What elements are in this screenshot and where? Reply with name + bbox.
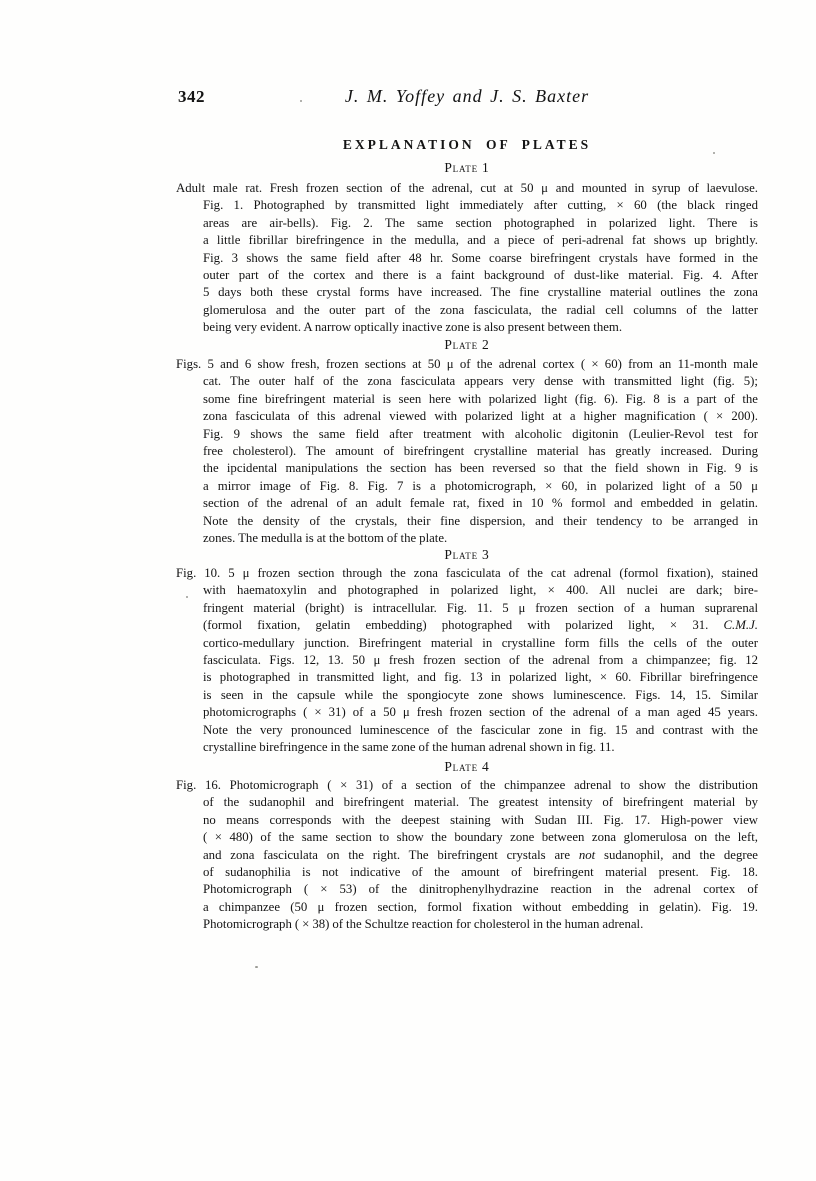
text-line: is photographed in transmitted light, an…	[176, 669, 758, 686]
text-line: Figs. 5 and 6 show fresh, frozen section…	[176, 356, 758, 373]
plate-4-heading: Plate 4	[176, 759, 758, 775]
text-line: some fine birefringent material is seen …	[176, 391, 758, 408]
text-line: Photomicrograph ( × 38) of the Schultze …	[176, 916, 758, 933]
text-line: outer part of the cortex and there is a …	[176, 267, 758, 284]
scan-speck	[255, 966, 258, 968]
scan-speck	[713, 152, 715, 154]
plate-2-paragraph: Figs. 5 and 6 show fresh, frozen section…	[176, 356, 758, 547]
text-line: of sudanophilia is not indicative of the…	[176, 864, 758, 881]
text-line: is seen in the capsule while the spongio…	[176, 687, 758, 704]
text-line: cat. The outer half of the zona fascicul…	[176, 373, 758, 390]
text-line: no means corresponds with the deepest st…	[176, 812, 758, 829]
scanned-paper-page: 342 J. M. Yoffey and J. S. Baxter EXPLAN…	[0, 0, 816, 1181]
text-line: Note the very pronounced luminescence of…	[176, 722, 758, 739]
text-line: being very evident. A narrow optically i…	[176, 319, 758, 336]
scan-speck	[300, 100, 302, 102]
running-head: 342 J. M. Yoffey and J. S. Baxter	[176, 86, 758, 112]
text-line: section of the adrenal of an adult femal…	[176, 495, 758, 512]
text-line: Fig. 9 shows the same field after treatm…	[176, 426, 758, 443]
text-line: photomicrographs ( × 31) of a 50 μ fresh…	[176, 704, 758, 721]
text-line: areas are air-bells). Fig. 2. The same s…	[176, 215, 758, 232]
running-title: J. M. Yoffey and J. S. Baxter	[176, 86, 758, 107]
text-line: Adult male rat. Fresh frozen section of …	[176, 180, 758, 197]
text-line: with haematoxylin and photographed in po…	[176, 582, 758, 599]
scan-speck	[186, 596, 188, 598]
text-line: crystalline birefringence in the same zo…	[176, 739, 758, 756]
text-line: zona fasciculata of this adrenal viewed …	[176, 408, 758, 425]
text-line: Fig. 10. 5 μ frozen section through the …	[176, 565, 758, 582]
text-line: Photomicrograph ( × 53) of the dinitroph…	[176, 881, 758, 898]
plate-2-heading: Plate 2	[176, 337, 758, 353]
text-line: a chimpanzee (50 μ frozen section, formo…	[176, 899, 758, 916]
text-line: the ipcidental manipulations the section…	[176, 460, 758, 477]
text-line: ( × 480) of the same section to show the…	[176, 829, 758, 846]
plate-1-paragraph: Adult male rat. Fresh frozen section of …	[176, 180, 758, 337]
text-line: zones. The medulla is at the bottom of t…	[176, 530, 758, 547]
plate-3-paragraph: Fig. 10. 5 μ frozen section through the …	[176, 565, 758, 756]
text-line: a mirror image of Fig. 8. Fig. 7 is a ph…	[176, 478, 758, 495]
text-line: 5 days both these crystal forms have inc…	[176, 284, 758, 301]
text-line: Fig. 3 shows the same field after 48 hr.…	[176, 250, 758, 267]
text-line: fringent material (bright) is intracellu…	[176, 600, 758, 617]
text-line: Note the density of the crystals, their …	[176, 513, 758, 530]
plate-1-heading: Plate 1	[176, 160, 758, 176]
text-line: (formol fixation, gelatin embedding) pho…	[176, 617, 758, 634]
text-line: and zona fasciculata on the right. The b…	[176, 847, 758, 864]
text-line: cortico-medullary junction. Birefringent…	[176, 635, 758, 652]
text-block: 342 J. M. Yoffey and J. S. Baxter EXPLAN…	[176, 0, 758, 1181]
text-line: Fig. 1. Photographed by transmitted ligh…	[176, 197, 758, 214]
text-line: Fig. 16. Photomicrograph ( × 31) of a se…	[176, 777, 758, 794]
text-line: a little fibrillar birefringence in the …	[176, 232, 758, 249]
text-line: glomerulosa and the outer part of the zo…	[176, 302, 758, 319]
plate-4-paragraph: Fig. 16. Photomicrograph ( × 31) of a se…	[176, 777, 758, 934]
plate-3-heading: Plate 3	[176, 547, 758, 563]
section-title: EXPLANATION OF PLATES	[176, 137, 758, 153]
text-line: fasciculata. Figs. 12, 13. 50 μ fresh fr…	[176, 652, 758, 669]
text-line: of the sudanophil and birefringent mater…	[176, 794, 758, 811]
text-line: free cholesterol). The amount of birefri…	[176, 443, 758, 460]
